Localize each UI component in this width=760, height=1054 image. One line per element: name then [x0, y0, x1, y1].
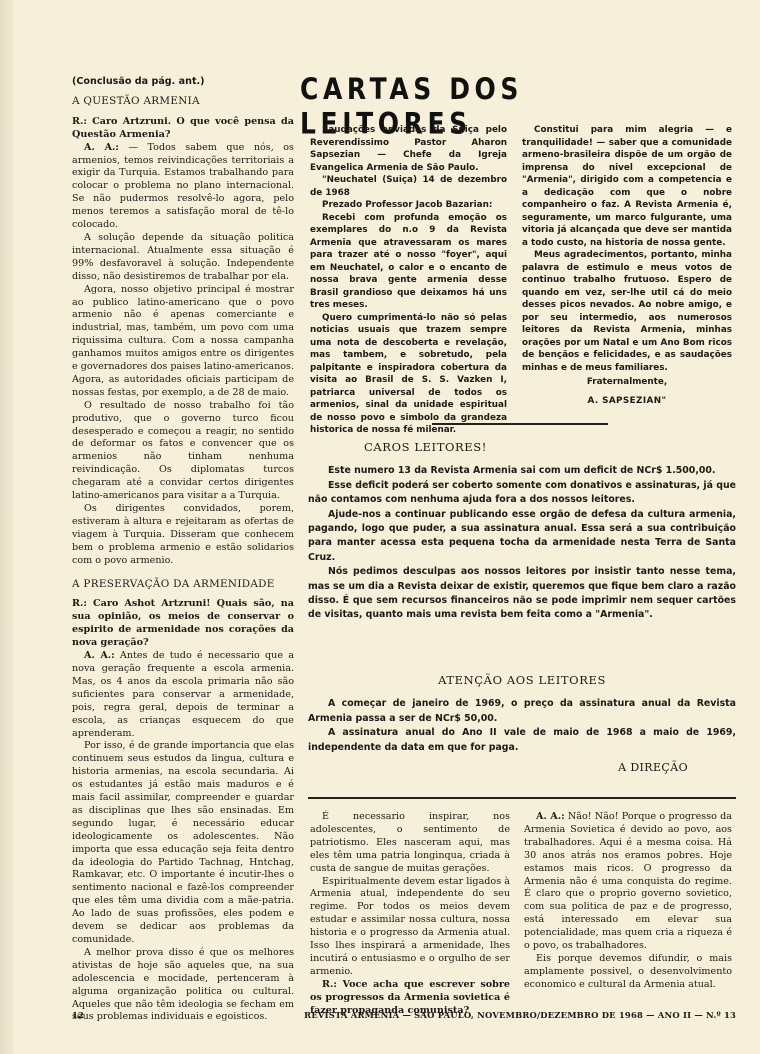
paragraph: A. A.: Antes de tudo é necessario que a … — [72, 650, 294, 740]
answer-text: Não! Não! Porque o progresso da Armenia … — [524, 811, 732, 951]
interview-column-bottom-right: A. A.: Não! Não! Porque o progresso da A… — [524, 811, 732, 992]
section-title-armenian-question: A QUESTÃO ARMENIA — [72, 95, 294, 108]
interview-column-bottom-left: É necessario inspirar, nos adolescentes,… — [310, 811, 510, 1018]
notice-title: ATENÇÃO AOS LEITORES — [308, 673, 736, 687]
section-title-preservation: A PRESERVAÇÃO DA ARMENIDADE — [72, 578, 294, 591]
speaker-label: A. A.: — [84, 142, 119, 153]
question: R.: Caro Artzruni. O que você pensa da Q… — [72, 116, 294, 140]
paragraph: Constitui para mim alegria — e tranquili… — [522, 124, 732, 249]
paragraph: Esse deficit poderá ser coberto somente … — [308, 479, 736, 508]
page-number: 12 — [72, 1010, 84, 1020]
letter-closing: Fraternalmente, — [522, 376, 732, 389]
continuation-note: (Conclusão da pág. ant.) — [72, 76, 294, 89]
paragraph: Os dirigentes convidados, porem, estiver… — [72, 503, 294, 568]
section-divider-short — [432, 423, 608, 425]
letter-column-right: Constitui para mim alegria — e tranquili… — [522, 124, 732, 407]
section1-body: R.: Caro Artzruni. O que você pensa da Q… — [72, 116, 294, 568]
paragraph: Ajude-nos a continuar publicando esse or… — [308, 508, 736, 566]
masthead: REVISTA ARMENIA — SAO PAULO, NOVEMBRO/DE… — [304, 1010, 736, 1020]
notice-dear-readers: CAROS LEITORES! Este numero 13 da Revist… — [308, 440, 736, 623]
paragraph: Este numero 13 da Revista Armenia sai co… — [308, 464, 736, 478]
paragraph: A começar de janeiro de 1969, o preço da… — [308, 697, 736, 726]
paragraph: A melhor prova disso é que os melhores a… — [72, 947, 294, 1024]
letter-column-middle: Saudações enviadas da Suiça pelo Reveren… — [310, 124, 507, 437]
paragraph: Nós pedimos desculpas aos nossos leitore… — [308, 565, 736, 623]
notice-signature: A DIREÇÃO — [308, 761, 736, 775]
paragraph: A. A.: — Todos sabem que nós, os armenio… — [72, 142, 294, 232]
answer-text: Antes de tudo é necessario que a nova ge… — [72, 650, 294, 738]
paragraph: A. A.: Não! Não! Porque o progresso da A… — [524, 811, 732, 953]
letter-signature: A. SAPSEZIAN" — [522, 395, 732, 408]
paragraph: A solução depende da situação politica i… — [72, 232, 294, 284]
notice-attention-readers: ATENÇÃO AOS LEITORES A começar de janeir… — [308, 673, 736, 775]
interview-column-left: (Conclusão da pág. ant.) A QUESTÃO ARMEN… — [72, 76, 294, 1024]
answer-text: — Todos sabem que nós, os armenios, temo… — [72, 142, 294, 230]
paragraph: Recebi com profunda emoção os exemplares… — [310, 212, 507, 312]
section-divider-long — [308, 797, 736, 799]
question: R.: Caro Ashot Artzruni! Quais são, na s… — [72, 598, 294, 648]
paragraph: Prezado Professor Jacob Bazarian: — [310, 199, 507, 212]
paragraph: O resultado de nosso trabalho foi tão pr… — [72, 400, 294, 503]
paragraph: Por isso, é de grande importancia que el… — [72, 740, 294, 947]
page-binding-edge — [0, 0, 14, 1054]
notice-title: CAROS LEITORES! — [308, 440, 736, 454]
speaker-label: A. A.: — [536, 811, 565, 822]
paragraph: Saudações enviadas da Suiça pelo Reveren… — [310, 124, 507, 174]
section2-body: R.: Caro Ashot Artzruni! Quais são, na s… — [72, 598, 294, 1024]
paragraph: "Neuchatel (Suiça) 14 de dezembro de 196… — [310, 174, 507, 199]
paragraph: Agora, nosso objetivo principal é mostra… — [72, 284, 294, 400]
paragraph: Eis porque devemos difundir, o mais ampl… — [524, 953, 732, 992]
paragraph: Espiritualmente devem estar ligados à Ar… — [310, 876, 510, 979]
paragraph: R.: Caro Artzruni. O que você pensa da Q… — [72, 116, 294, 142]
paragraph: A assinatura anual do Ano II vale de mai… — [308, 726, 736, 755]
speaker-label: A. A.: — [84, 650, 115, 661]
paragraph: R.: Caro Ashot Artzruni! Quais são, na s… — [72, 598, 294, 650]
paragraph: Meus agradecimentos, portanto, minha pal… — [522, 249, 732, 374]
paragraph: É necessario inspirar, nos adolescentes,… — [310, 811, 510, 876]
paragraph: Quero cumprimentá-lo não só pelas notici… — [310, 312, 507, 437]
